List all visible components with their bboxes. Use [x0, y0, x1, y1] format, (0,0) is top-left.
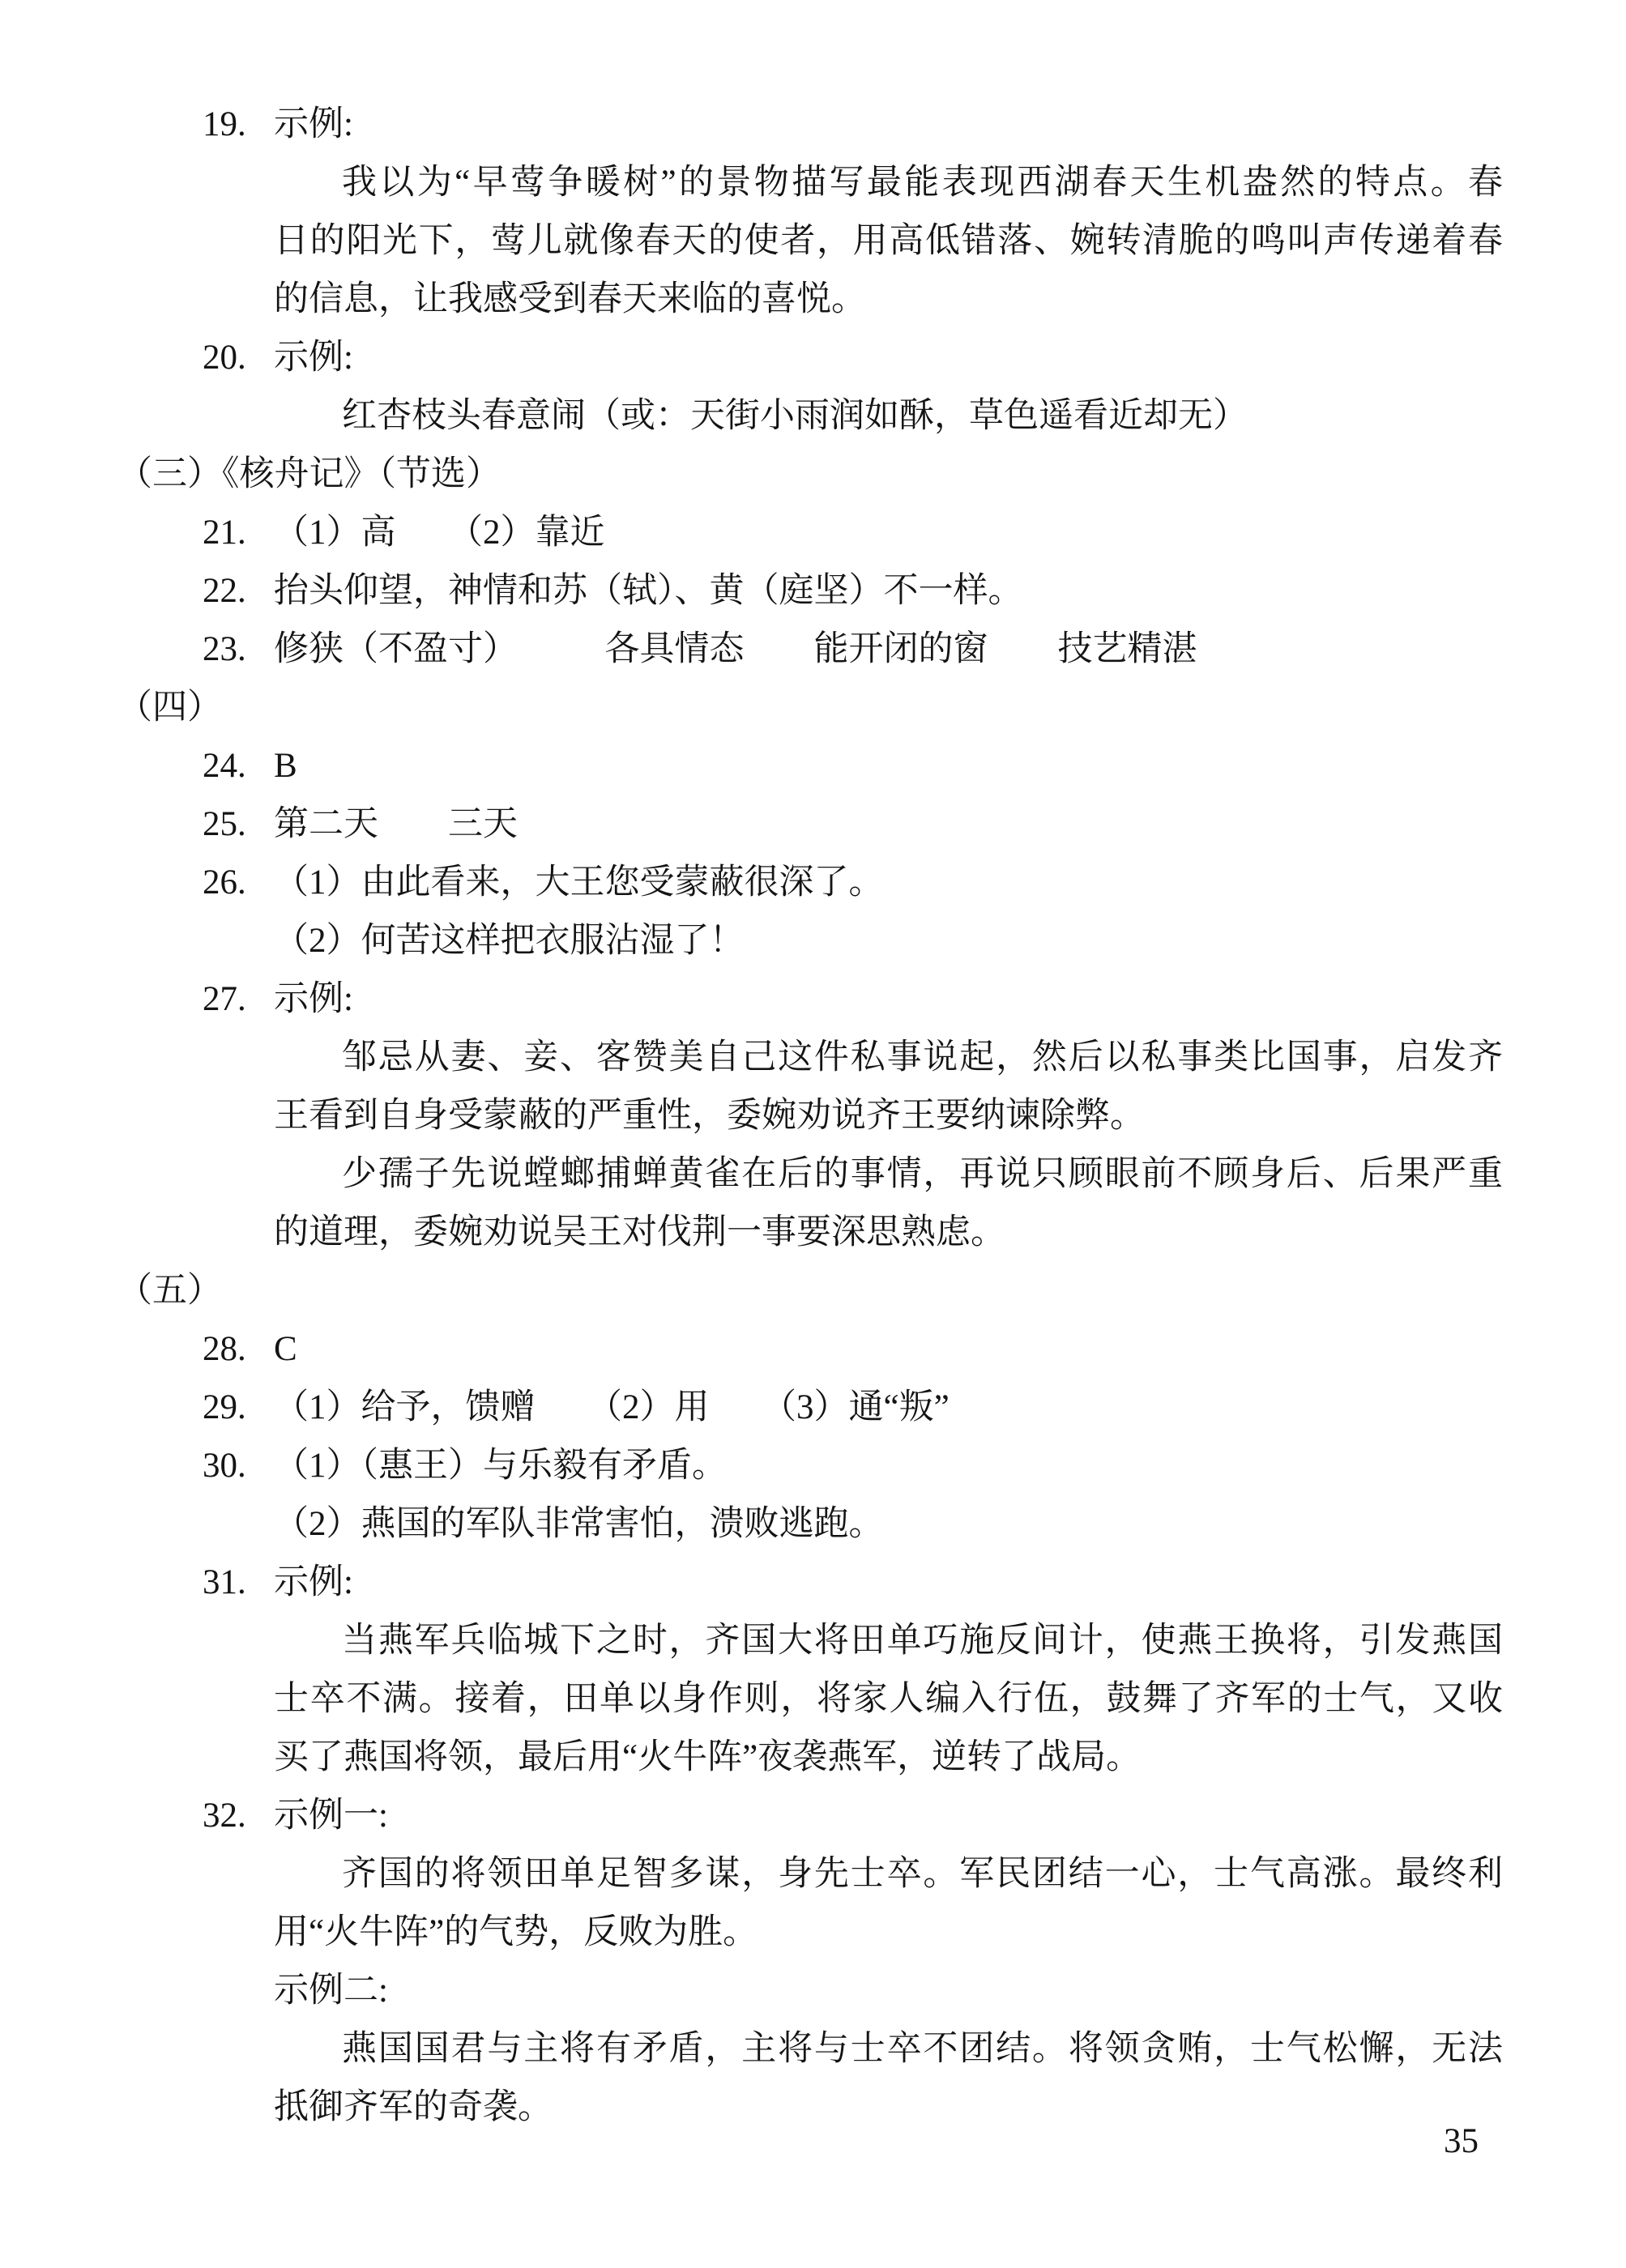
answer-text: 示例: [274, 339, 353, 377]
page-number: 35 [1444, 2112, 1479, 2171]
answer-text: 示例: [274, 105, 353, 143]
paragraph-line: 王看到自身受蒙蔽的严重性，委婉劝说齐王要纳谏除弊。 [274, 1087, 1626, 1145]
paragraph-line: 抵御齐军的奇袭。 [274, 2078, 1626, 2137]
answer-sheet-page: 19.示例:我以为“早莺争暖树”的景物描写最能表现西湖春天生机盎然的特点。春日的… [0, 0, 1626, 2268]
answer-text: 抬头仰望，神情和苏（轼）、黄（庭坚）不一样。 [274, 572, 1023, 610]
answer-cont-line: （2）何苦这样把衣服沾湿了！ [274, 912, 1626, 970]
section-header: （五） [117, 1262, 1626, 1320]
paragraph-line: 士卒不满。接着，田单以身作则，将家人编入行伍，鼓舞了齐军的士气，又收 [274, 1670, 1503, 1729]
answer-text: 第二天 三天 [274, 805, 518, 843]
answer-text: B [274, 747, 297, 785]
answer-number: 21. [203, 504, 274, 562]
paragraph-line: 的道理，委婉劝说吴王对伐荆一事要深思熟虑。 [274, 1204, 1626, 1262]
answer-item-line: 23.修狭（不盈寸） 各具情态 能开闭的窗 技艺精湛 [203, 620, 1626, 679]
paragraph-line: 日的阳光下，莺儿就像春天的使者，用高低错落、婉转清脆的鸣叫声传递着春 [274, 212, 1503, 271]
answer-number: 29. [203, 1379, 274, 1437]
answer-item-line: 31.示例: [203, 1554, 1626, 1612]
answer-item-line: 30.（1）（惠王）与乐毅有矛盾。 [203, 1437, 1626, 1495]
answer-number: 26. [203, 854, 274, 912]
answer-item-line: 24.B [203, 737, 1626, 795]
answer-item-line: 19.示例: [203, 96, 1626, 154]
answer-text: （1）由此看来，大王您受蒙蔽很深了。 [274, 863, 884, 902]
paragraph-first-line: 齐国的将领田单足智多谋，身先士卒。军民团结一心，士气高涨。最终利 [342, 1845, 1503, 1904]
paragraph-first-line: 少孺子先说螳螂捕蝉黄雀在后的事情，再说只顾眼前不顾身后、后果严重 [342, 1145, 1503, 1204]
paragraph-first-line: 邹忌从妻、妾、客赞美自己这件私事说起，然后以私事类比国事，启发齐 [342, 1029, 1503, 1087]
section-header: （四） [117, 679, 1626, 737]
paragraph-first-line: 红杏枝头春意闹（或：天街小雨润如酥，草色遥看近却无） [342, 387, 1626, 446]
answer-item-line: 26.（1）由此看来，大王您受蒙蔽很深了。 [203, 854, 1626, 912]
answer-text: （1）高 （2）靠近 [274, 514, 605, 552]
answer-text: C [274, 1330, 297, 1368]
answer-item-line: 32.示例一: [203, 1787, 1626, 1845]
answer-item-line: 22.抬头仰望，神情和苏（轼）、黄（庭坚）不一样。 [203, 562, 1626, 620]
paragraph-first-line: 燕国国君与主将有矛盾，主将与士卒不团结。将领贪贿，士气松懈，无法 [342, 2020, 1503, 2078]
paragraph-line: 买了燕国将领，最后用“火牛阵”夜袭燕军，逆转了战局。 [274, 1729, 1626, 1787]
answer-item-line: 20.示例: [203, 329, 1626, 387]
answer-item-line: 21.（1）高 （2）靠近 [203, 504, 1626, 562]
answer-number: 20. [203, 329, 274, 387]
answer-number: 22. [203, 562, 274, 620]
answer-number: 24. [203, 737, 274, 795]
paragraph-first-line: 当燕军兵临城下之时，齐国大将田单巧施反间计，使燕王换将，引发燕国 [342, 1612, 1503, 1670]
answer-number: 25. [203, 795, 274, 854]
answer-cont-line: 示例二: [274, 1962, 1626, 2020]
answer-text: 示例一: [274, 1797, 388, 1835]
paragraph-first-line: 我以为“早莺争暖树”的景物描写最能表现西湖春天生机盎然的特点。春 [342, 154, 1503, 212]
answer-cont-line: （2）燕国的军队非常害怕，溃败逃跑。 [274, 1495, 1626, 1554]
answer-lines: 19.示例:我以为“早莺争暖树”的景物描写最能表现西湖春天生机盎然的特点。春日的… [0, 0, 1626, 2137]
answer-number: 32. [203, 1787, 274, 1845]
answer-item-line: 25.第二天 三天 [203, 795, 1626, 854]
answer-text: （1）给予，馈赠 （2）用 （3）通“叛” [274, 1388, 950, 1426]
answer-text: （1）（惠王）与乐毅有矛盾。 [274, 1447, 727, 1485]
paragraph-line: 的信息，让我感受到春天来临的喜悦。 [274, 271, 1626, 329]
answer-text: 修狭（不盈寸） 各具情态 能开闭的窗 技艺精湛 [274, 630, 1197, 668]
answer-number: 31. [203, 1554, 274, 1612]
answer-number: 23. [203, 620, 274, 679]
answer-item-line: 28.C [203, 1320, 1626, 1379]
answer-number: 28. [203, 1320, 274, 1379]
answer-text: 示例: [274, 980, 353, 1018]
answer-text: 示例: [274, 1563, 353, 1601]
section-header: （三）《核舟记》（节选） [117, 446, 1626, 504]
answer-number: 30. [203, 1437, 274, 1495]
paragraph-line: 用“火牛阵”的气势，反败为胜。 [274, 1904, 1626, 1962]
answer-number: 19. [203, 96, 274, 154]
answer-number: 27. [203, 970, 274, 1029]
answer-item-line: 29.（1）给予，馈赠 （2）用 （3）通“叛” [203, 1379, 1626, 1437]
answer-item-line: 27.示例: [203, 970, 1626, 1029]
